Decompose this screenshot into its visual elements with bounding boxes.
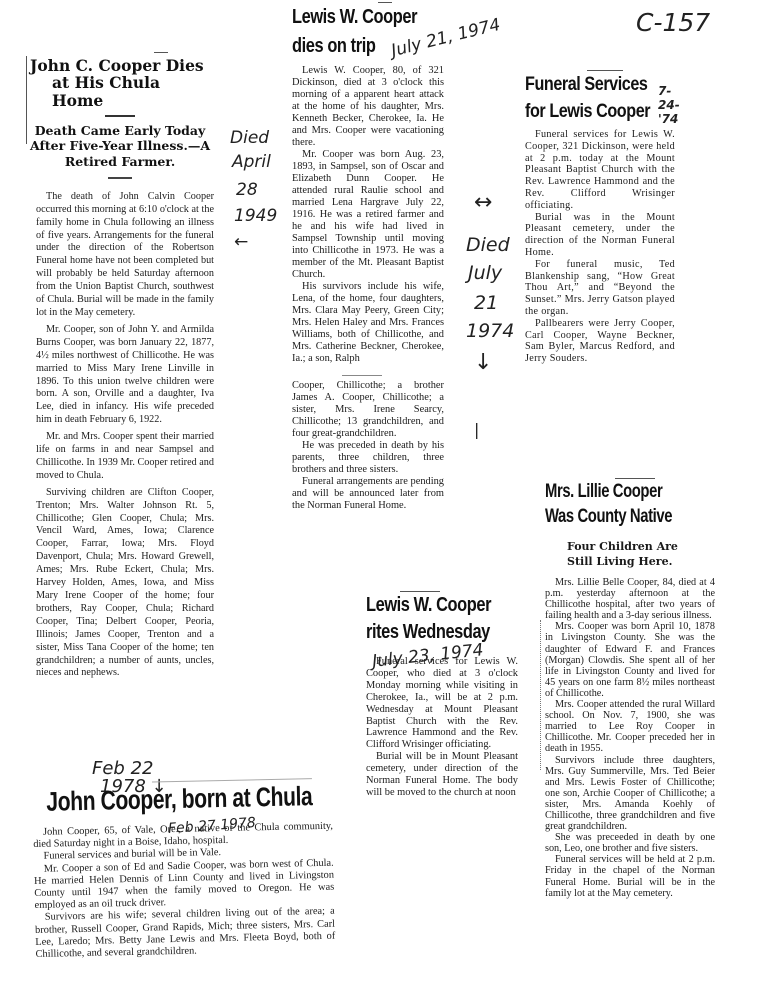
paragraph: Cooper, Chillicothe; a brother James A. … xyxy=(292,380,444,440)
handwriting: July xyxy=(468,262,502,284)
handwriting: April xyxy=(232,152,271,172)
paragraph: For funeral music, Ted Blankenship sang,… xyxy=(525,259,675,318)
paragraph: Surviving children are Clifton Cooper, T… xyxy=(36,487,214,681)
paragraph: Burial will be in Mount Pleasant cemeter… xyxy=(366,751,518,799)
handwriting: 1949 xyxy=(234,206,277,226)
paragraph: Mrs. Cooper was born April 10, 1878 in L… xyxy=(545,621,715,699)
paragraph: Lewis W. Cooper, 80, of 321 Dickinson, d… xyxy=(292,65,444,149)
clipping-border xyxy=(26,56,27,144)
paragraph: Mr. Cooper, son of John Y. and Armilda B… xyxy=(36,324,214,427)
clipping-lillie-cooper: Mrs. Lillie Cooper Was County Native Fou… xyxy=(545,478,715,899)
divider xyxy=(108,177,132,179)
deck: Four Children Are Still Living Here. xyxy=(567,539,715,569)
article-body: The death of John Calvin Cooper occurred… xyxy=(36,191,214,681)
paragraph: Funeral services will be held at 2 p.m. … xyxy=(545,854,715,898)
article-body: Funeral services for Lewis W. Cooper, wh… xyxy=(366,656,518,799)
paragraph: Pallbearers were Jerry Cooper, Carl Coop… xyxy=(525,318,675,365)
deck-line: Still Living Here. xyxy=(567,554,715,569)
paragraph: Mr. Cooper a son of Ed and Sadie Cooper,… xyxy=(34,857,335,912)
headline-line: Lewis W. Cooper xyxy=(366,592,491,619)
handwriting: Died xyxy=(230,128,269,148)
headline-line: Was County Native xyxy=(545,504,678,529)
handwriting: Died xyxy=(466,234,510,256)
paragraph: She was preceeded in death by one son, L… xyxy=(545,832,715,854)
article-body: Lewis W. Cooper, 80, of 321 Dickinson, d… xyxy=(292,65,444,512)
paragraph: Funeral services for Lewis W. Cooper, 32… xyxy=(525,129,675,212)
column-break xyxy=(342,365,382,376)
clipping-lewis-dies-on-trip: Lewis W. Cooper dies on trip Lewis W. Co… xyxy=(292,2,444,512)
deck: Death Came Early Today After Five-Year I… xyxy=(30,123,210,169)
headline: Funeral Services for Lewis Cooper xyxy=(525,71,653,125)
paragraph: Survivors are his wife; several children… xyxy=(35,906,336,961)
headline-line: John C. Cooper Dies xyxy=(30,57,210,74)
clipping-john-c-cooper: John C. Cooper Dies at His Chula Home De… xyxy=(30,52,210,680)
deck-line: Four Children Are xyxy=(567,539,715,554)
headline: John C. Cooper Dies at His Chula Home xyxy=(30,57,210,109)
paragraph: Funeral arrangements are pending and wil… xyxy=(292,476,444,512)
handwriting: 28 xyxy=(236,180,258,200)
paragraph: The death of John Calvin Cooper occurred… xyxy=(36,191,214,320)
arrow-left-icon: ← xyxy=(234,232,248,252)
clipping-lewis-rites-wednesday: Lewis W. Cooper rites Wednesday Funeral … xyxy=(366,591,518,799)
handwritten-date: 7-24-'74 xyxy=(658,84,688,126)
headline-line: Lewis W. Cooper xyxy=(292,3,417,32)
headline-line: at His Chula Home xyxy=(30,74,210,109)
article-body: Funeral services for Lewis W. Cooper, 32… xyxy=(525,129,675,365)
divider xyxy=(154,52,168,53)
clipping-border xyxy=(540,620,541,770)
headline: Lewis W. Cooper rites Wednesday xyxy=(366,592,491,646)
article-body: John Cooper, 65, of Vale, Ore., a native… xyxy=(33,821,336,961)
paragraph: Mr. Cooper was born Aug. 23, 1893, in Sa… xyxy=(292,149,444,281)
headline-line: Mrs. Lillie Cooper xyxy=(545,479,678,504)
paragraph: Mrs. Cooper attended the rural Willard s… xyxy=(545,699,715,754)
paragraph: Mr. and Mrs. Cooper spent their married … xyxy=(36,431,214,483)
handwriting: 1974 xyxy=(466,320,514,342)
paragraph: His survivors include his wife, Lena, of… xyxy=(292,281,444,365)
clipping-john-cooper-born-chula: John Cooper, born at Chula John Cooper, … xyxy=(32,778,336,961)
clipping-funeral-services-lewis: Funeral Services for Lewis Cooper Funera… xyxy=(525,70,675,365)
arrow-down-icon: ↓ xyxy=(474,350,492,375)
divider xyxy=(105,115,135,117)
paragraph: Mrs. Lillie Belle Cooper, 84, died at 4 … xyxy=(545,577,715,621)
paragraph: Funeral services for Lewis W. Cooper, wh… xyxy=(366,656,518,751)
paragraph: Survivors include three daughters, Mrs. … xyxy=(545,755,715,833)
headline: Mrs. Lillie Cooper Was County Native xyxy=(545,479,678,529)
headline-line: for Lewis Cooper xyxy=(525,98,653,125)
archive-label: C-157 xyxy=(636,8,710,37)
handwriting: 21 xyxy=(474,292,498,314)
article-body: Mrs. Lillie Belle Cooper, 84, died at 4 … xyxy=(545,577,715,899)
headline: John Cooper, born at Chula xyxy=(46,780,270,819)
handwriting-mark: | xyxy=(474,420,479,439)
paragraph: He was preceded in death by his parents,… xyxy=(292,440,444,476)
paragraph: Burial was in the Mount Pleasant cemeter… xyxy=(525,212,675,259)
arrow-left-right-icon: ↔ xyxy=(474,190,492,215)
headline-line: Funeral Services xyxy=(525,71,653,98)
